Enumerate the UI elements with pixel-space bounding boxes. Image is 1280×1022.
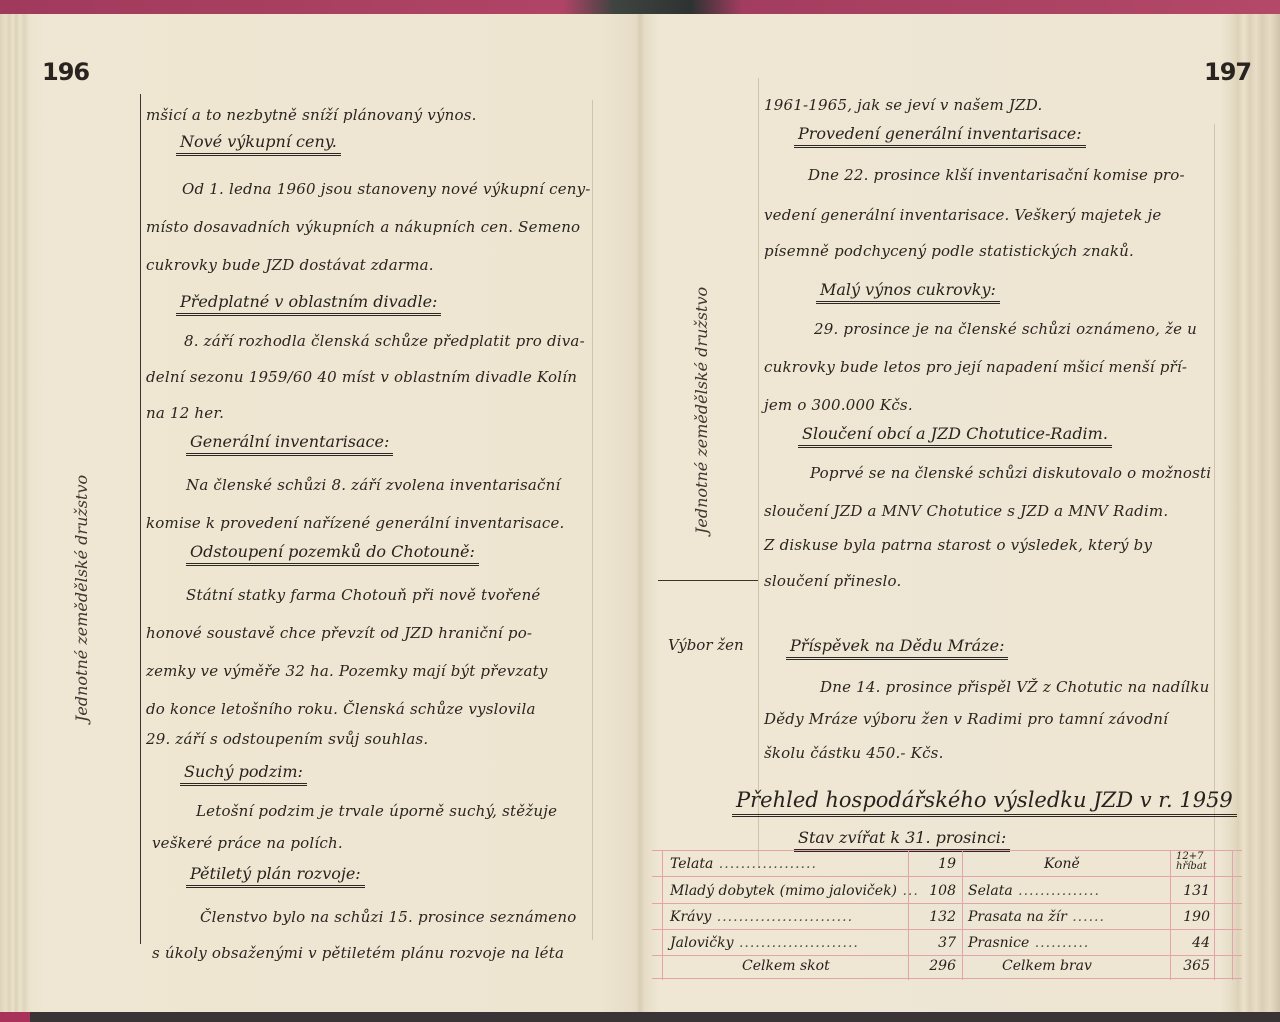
margin-vertical-note: Jednotné zemědělské družstvo [692, 287, 711, 534]
table-row-value: 19 [914, 856, 956, 872]
table-row-label: Prasnice .......... [968, 935, 1089, 951]
text-line: honové soustavě chce převzít od JZD hran… [146, 624, 532, 642]
page-number-right: 197 [1204, 58, 1251, 86]
text-line: 29. prosince je na členské schůzi oznáme… [814, 320, 1197, 338]
foals-note: 12+7 hříbat [1176, 852, 1216, 872]
left-margin-rule [140, 94, 141, 944]
section-heading: Odstoupení pozemků do Chotouně: [186, 542, 479, 566]
text-line: Na členské schůzi 8. září zvolena invent… [186, 476, 561, 494]
text-line: Dne 14. prosince přispěl VŽ z Chotutic n… [820, 678, 1210, 696]
table-row-value: 44 [1176, 935, 1210, 951]
text-line: cukrovky bude JZD dostávat zdarma. [146, 256, 434, 274]
report-title: Přehled hospodářského výsledku JZD v r. … [732, 788, 1237, 817]
section-heading: Sloučení obcí a JZD Chotutice-Radim. [798, 424, 1112, 448]
right-margin-rule [1214, 124, 1215, 864]
horses-header: Koně [1044, 856, 1080, 872]
text-line: Členstvo bylo na schůzi 15. prosince sez… [200, 908, 576, 926]
right-margin-rule [592, 100, 593, 940]
text-line: písemně podchycený podle statistických z… [764, 242, 1134, 260]
section-heading: Stav zvířat k 31. prosinci: [794, 828, 1010, 852]
text-line: cukrovky bude letos pro její napadení mš… [764, 358, 1187, 376]
text-line: místo dosavadních výkupních a nákupních … [146, 218, 580, 236]
table-row-value: 108 [914, 883, 956, 899]
text-line: vedení generální inventarisace. Veškerý … [764, 206, 1161, 224]
text-line: 29. září s odstoupením svůj souhlas. [146, 730, 428, 748]
section-heading: Pětiletý plán rozvoje: [186, 864, 365, 888]
table-row-label: Telata .................. [670, 856, 817, 872]
side-note-vybor-zen: Výbor žen [668, 636, 744, 654]
pigs-total-label: Celkem brav [1002, 958, 1092, 974]
text-line: Dědy Mráze výboru žen v Radimi pro tamní… [764, 710, 1168, 728]
table-row-label: Krávy ......................... [670, 909, 853, 925]
text-line: mšicí a to nezbytně sníží plánovaný výno… [146, 106, 477, 124]
section-heading: Příspěvek na Dědu Mráze: [786, 636, 1008, 660]
section-heading: Malý výnos cukrovky: [816, 280, 1000, 304]
table-row-label: Mladý dobytek (mimo jaloviček) ... [670, 883, 919, 899]
text-line: Z diskuse byla patrna starost o výsledek… [764, 536, 1152, 554]
table-row-label: Prasata na žír ...... [968, 909, 1105, 925]
margin-vertical-note: Jednotné zemědělské družstvo [72, 475, 91, 722]
section-heading: Provedení generální inventarisace: [794, 124, 1086, 148]
text-line: veškeré práce na polích. [152, 834, 343, 852]
section-heading: Suchý podzim: [180, 762, 307, 786]
text-line: školu částku 450.- Kčs. [764, 744, 944, 762]
text-line: 1961-1965, jak se jeví v našem JZD. [764, 96, 1042, 114]
text-line: Od 1. ledna 1960 jsou stanoveny nové výk… [182, 180, 591, 198]
table-row-value: 37 [914, 935, 956, 951]
margin-separator-line [658, 580, 758, 581]
page-number-left: 196 [42, 58, 89, 86]
cattle-total-value: 296 [914, 958, 956, 974]
pigs-total-value: 365 [1176, 958, 1210, 974]
section-heading: Nové výkupní ceny. [176, 132, 341, 156]
text-line: Státní statky farma Chotouň při nově tvo… [186, 586, 541, 604]
table-row-value: 132 [914, 909, 956, 925]
text-line: delní sezonu 1959/60 40 míst v oblastním… [146, 368, 577, 386]
text-line: Dne 22. prosince klší inventarisační kom… [808, 166, 1185, 184]
text-line: zemky ve výměře 32 ha. Pozemky mají být … [146, 662, 548, 680]
table-row-label: Selata ............... [968, 883, 1100, 899]
left-margin-rule [758, 78, 759, 868]
table-row-label: Jalovičky ...................... [670, 935, 859, 951]
book-cover-bottom [0, 1012, 1280, 1022]
text-line: do konce letošního roku. Členská schůze … [146, 700, 536, 718]
text-line: jem o 300.000 Kčs. [764, 396, 913, 414]
text-line: Letošní podzim je trvale úporně suchý, s… [196, 802, 557, 820]
left-page: 196 Jednotné zemědělské družstvo mšicí a… [0, 14, 640, 1012]
text-line: sloučení JZD a MNV Chotutice s JZD a MNV… [764, 502, 1168, 520]
table-row-value: 131 [1176, 883, 1210, 899]
text-line: komise k provedení nařízené generální in… [146, 514, 565, 532]
text-line: na 12 her. [146, 404, 224, 422]
section-heading: Předplatné v oblastním divadle: [176, 292, 441, 316]
livestock-table: Telata .................. 19 Mladý dobyt… [652, 850, 1242, 980]
cattle-total-label: Celkem skot [742, 958, 830, 974]
section-heading: Generální inventarisace: [186, 432, 393, 456]
table-row-value: 190 [1176, 909, 1210, 925]
text-line: 8. září rozhodla členská schůze předplat… [184, 332, 585, 350]
text-line: sloučení přineslo. [764, 572, 901, 590]
text-line: Poprvé se na členské schůzi diskutovalo … [810, 464, 1211, 482]
text-line: s úkoly obsaženými v pětiletém plánu roz… [152, 944, 564, 962]
